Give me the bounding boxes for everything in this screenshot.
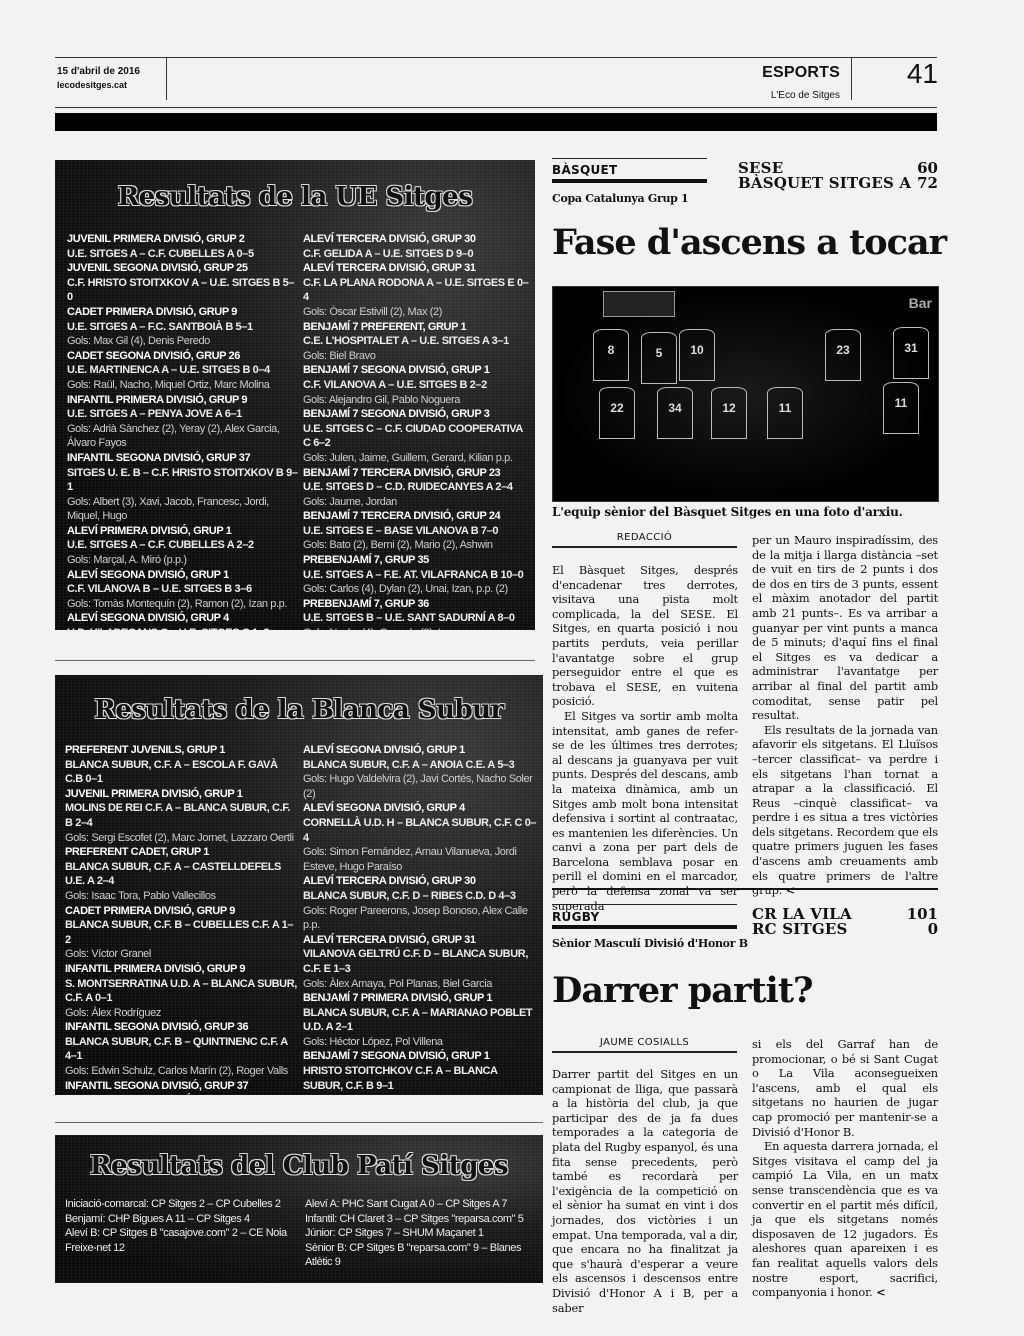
category-heading: ALEVÍ SEGONA DIVISIÓ, GRUP 1 xyxy=(303,743,539,758)
paragraph: si els del Garraf han de promocionar, o … xyxy=(752,1037,938,1139)
issue-date: 15 d'abril de 2016 xyxy=(57,66,140,77)
panel-title: Resultats de la UE Sitges xyxy=(55,182,535,212)
category-heading: INFANTIL SEGONA DIVISIÓ, GRUP 37 xyxy=(65,1079,297,1094)
results-column-right: ALEVÍ TERCERA DIVISIÓ, GRUP 30C.F. GELID… xyxy=(303,232,531,630)
category-heading: ALEVÍ PRIMERA DIVISIÓ, GRUP 1 xyxy=(67,524,299,539)
category-heading: BENJAMÍ 7 TERCERA DIVISIÓ, GRUP 24 xyxy=(303,509,531,524)
category-heading: ALEVÍ SEGONA DIVISIÓ, GRUP 1 xyxy=(67,568,299,583)
category-heading: BENJAMÍ 7 SEGONA DIVISIÓ, GRUP 1 xyxy=(303,1049,539,1064)
paragraph: En aquesta darrera jornada, el Sitges vi… xyxy=(752,1139,938,1300)
match-result: Benjamí: CHP Bigues A 11 – CP Sitges 4 xyxy=(65,1212,297,1227)
match-result: U.E. SITGES A – C.F. CUBELLES A 2–2 xyxy=(67,538,299,553)
club-pati-results-panel: Resultats del Club Patí Sitges Iniciació… xyxy=(55,1135,543,1283)
jersey: 34 xyxy=(657,387,693,439)
kicker-rule xyxy=(552,904,737,905)
match-result: U.E. SITGES A – F.E. AT. VILAFRANCA B 10… xyxy=(303,568,531,583)
goal-scorers: Gols: Edwin Schulz, Carlos Marín (2), Ro… xyxy=(65,1064,297,1079)
goal-scorers: Gols: Marcos Molina xyxy=(303,1093,539,1095)
away-score: 72 xyxy=(890,175,938,191)
away-team: RC SITGES xyxy=(752,921,848,937)
goal-scorers: Gols: Òscar Estivill (2), Max (2) xyxy=(303,305,531,320)
photo-caption: L'equip sènior del Bàsquet Sitges en una… xyxy=(552,505,903,519)
category-heading: BENJAMÍ 7 SEGONA DIVISIÓ, GRUP 3 xyxy=(303,407,531,422)
match-result: U.E. SITGES A – PENYA JOVE A 6–1 xyxy=(67,407,299,422)
jersey: 11 xyxy=(883,382,919,434)
category-heading: ALEVÍ TERCERA DIVISIÓ, GRUP 31 xyxy=(303,261,531,276)
jersey: 11 xyxy=(767,387,803,439)
article-headline: Fase d'ascens a tocar xyxy=(552,222,946,263)
match-result: C.F. HRISTO STOITXKOV A – U.E. SITGES B … xyxy=(67,276,299,305)
team-photo: Bar 8 5 10 23 31 22 34 12 11 11 xyxy=(552,286,939,502)
category-heading: INFANTIL PRIMERA DIVISIÓ, GRUP 9 xyxy=(65,962,297,977)
goal-scorers: Gols: Marçal, A. Miró (p.p.) xyxy=(67,553,299,568)
article-column-1: El Bàsquet Sitges, després d'encadenar t… xyxy=(552,563,738,913)
panel-title: Resultats de la Blanca Subur xyxy=(55,695,543,725)
match-result: Infantil: CH Claret 3 – CP Sitges "repar… xyxy=(305,1212,541,1227)
masthead-divider xyxy=(851,58,852,100)
section-name: ESPORTS xyxy=(760,64,840,82)
section-kicker: RUGBY xyxy=(552,910,600,924)
jersey: 22 xyxy=(599,387,635,439)
match-result: U.E. SITGES E – BASE VILANOVA B 7–0 xyxy=(303,524,531,539)
match-result: MOLINS DE REI C.F. A – BLANCA SUBUR, C.F… xyxy=(65,801,297,830)
jersey: 23 xyxy=(825,329,861,381)
kicker-rule xyxy=(552,158,707,159)
match-result: Aleví A: PHC Sant Cugat A 0 – CP Sitges … xyxy=(305,1197,541,1212)
category-heading: INFANTIL PRIMERA DIVISIÓ, GRUP 9 xyxy=(67,393,299,408)
match-result: S. MONTSERRATINA U.D. A – BLANCA SUBUR, … xyxy=(65,977,297,1006)
match-result: Júnior: CP Sitges 7 – SHUM Maçanet 1 xyxy=(305,1226,541,1241)
match-result: VILANOVA GELTRÚ C.F. D – BLANCA SUBUR, C… xyxy=(303,947,539,976)
goal-scorers: Gols: Jaume, Jordan xyxy=(303,495,531,510)
category-heading: PREFERENT JUVENILS, GRUP 1 xyxy=(65,743,297,758)
category-heading: ALEVÍ TERCERA DIVISIÓ, GRUP 30 xyxy=(303,232,531,247)
kicker-rule xyxy=(552,179,707,183)
match-result: BLANCA SUBUR, C.F. A – ESCOLA F. GAVÀ C.… xyxy=(65,758,297,787)
match-result: SITGES U. E. B – C.F. HRISTO STOITXKOV B… xyxy=(67,466,299,495)
results-column-right: ALEVÍ SEGONA DIVISIÓ, GRUP 1BLANCA SUBUR… xyxy=(303,743,539,1095)
article-column-1: Darrer partit del Sitges en un campionat… xyxy=(552,1067,738,1315)
category-heading: PREBENJAMÍ 7, GRUP 35 xyxy=(303,553,531,568)
jersey: 12 xyxy=(711,387,747,439)
match-result: C.F. GELIDA A – U.E. SITGES D 9–0 xyxy=(303,247,531,262)
byline: JAUME COSIALLS xyxy=(552,1037,737,1048)
goal-scorers: Gols: Tomàs Montequín (2), Ramon (2), Iz… xyxy=(67,597,299,612)
competition-label: Copa Catalunya Grup 1 xyxy=(552,192,688,205)
end-of-article-icon: < xyxy=(786,883,795,897)
match-result: BLANCA SUBUR, C.F. A – MARIANAO POBLET U… xyxy=(303,1006,539,1035)
website-link[interactable]: lecodesitges.cat xyxy=(57,80,127,90)
category-heading: PREBENJAMÍ 7, GRUP 36 xyxy=(303,597,531,612)
goal-scorers: Gols: Víctor Granel xyxy=(65,947,297,962)
category-heading: BENJAMÍ 7 SEGONA DIVISIÓ, GRUP 1 xyxy=(303,363,531,378)
match-result: U.E. SITGES B – U.E. SANT SADURNÍ A 8–0 xyxy=(303,611,531,626)
goal-scorers: Gols: Àlex Rodríguez xyxy=(65,1006,297,1021)
category-heading: BENJAMÍ 7 PREFERENT, GRUP 1 xyxy=(303,320,531,335)
article-column-2: per un Mauro inspiradíssim, des de la mi… xyxy=(752,533,938,898)
paragraph: Els resultats de la jornada van afavorir… xyxy=(752,723,938,898)
category-heading: BENJAMÍ 7 TERCERA DIVISIÓ, GRUP 23 xyxy=(303,466,531,481)
masthead-bottom-rule xyxy=(55,107,937,108)
goal-scorers: Gols: Àlex Amaya, Pol Planas, Biel Garci… xyxy=(303,977,539,992)
match-result: Aleví B: CP Sitges B "casajove.com" 2 – … xyxy=(65,1226,297,1255)
match-result: BLANCA SUBUR, C.F. A – ANOIA C.E. A 5–3 xyxy=(303,758,539,773)
byline-rule xyxy=(552,1051,737,1053)
paragraph: El Bàsquet Sitges, després d'encadenar t… xyxy=(552,563,738,709)
end-of-article-icon: < xyxy=(876,1285,885,1299)
category-heading: JUVENIL PRIMERA DIVISIÓ, GRUP 1 xyxy=(65,787,297,802)
match-result: C.F. LA PLANA RODONA A – U.E. SITGES E 0… xyxy=(303,276,531,305)
goal-scorers: Gols: Sergi Escofet (2), Marc Jornet, La… xyxy=(65,831,297,846)
goal-scorers: Gols: Héctor López, Pol Villena xyxy=(303,1035,539,1050)
masthead-top-rule xyxy=(55,57,937,58)
category-heading: INFANTIL SEGONA DIVISIÓ, GRUP 36 xyxy=(65,1020,297,1035)
jersey: 8 xyxy=(593,329,629,381)
jersey: 10 xyxy=(679,329,715,381)
goal-scorers: Gols: Albert (3), Xavi, Jacob, Francesc,… xyxy=(67,495,299,524)
panel-title: Resultats del Club Patí Sitges xyxy=(55,1151,543,1181)
category-heading: INFANTIL SEGONA DIVISIÓ, GRUP 37 xyxy=(67,451,299,466)
match-result: U.E. SITGES D – C.D. RUIDECANYES A 2–4 xyxy=(303,480,531,495)
masthead-divider xyxy=(166,58,167,100)
match-result: C.F. VILANOVA B – U.E. SITGES B 3–6 xyxy=(67,582,299,597)
match-result: U.D. VILADECANS C – U.E. SITGES C 1–3 xyxy=(67,626,299,630)
results-column-right: Aleví A: PHC Sant Cugat A 0 – CP Sitges … xyxy=(305,1197,541,1270)
category-heading: ALEVÍ SEGONA DIVISIÓ, GRUP 4 xyxy=(67,611,299,626)
photo-sign-bar: Bar xyxy=(909,295,932,311)
article-headline: Darrer partit? xyxy=(552,970,813,1011)
category-heading: CADET PRIMERA DIVISIÓ, GRUP 9 xyxy=(67,305,299,320)
match-result: Iniciació-comarcal: CP Sitges 2 – CP Cub… xyxy=(65,1197,297,1212)
jersey: 31 xyxy=(893,327,929,379)
article-separator xyxy=(552,888,938,890)
section-kicker: BÀSQUET xyxy=(552,163,618,177)
match-result: BLANCA SUBUR, C.F. A – CASTELLDEFELS U.E… xyxy=(65,860,297,889)
category-heading: JUVENIL PRIMERA DIVISIÓ, GRUP 2 xyxy=(67,232,299,247)
paragraph: Darrer partit del Sitges en un campionat… xyxy=(552,1067,738,1315)
results-column-left: Iniciació-comarcal: CP Sitges 2 – CP Cub… xyxy=(65,1197,297,1255)
match-result: HRISTO STOITCHKOV C.F. A – BLANCA SUBUR,… xyxy=(303,1064,539,1093)
goal-scorers: Gols: Isaac Tora, Pablo Vallecillos xyxy=(65,889,297,904)
match-result: MONTAGUT ASSOCIACIÓ CULTURAL A – BLANCA … xyxy=(65,1093,297,1095)
byline: REDACCIÓ xyxy=(552,532,737,543)
kicker-rule xyxy=(552,925,737,929)
match-result: BLANCA SUBUR, C.F. B – QUINTINENC C.F. A… xyxy=(65,1035,297,1064)
category-heading: CADET PRIMERA DIVISIÓ, GRUP 9 xyxy=(65,904,297,919)
category-heading: JUVENIL SEGONA DIVISIÓ, GRUP 25 xyxy=(67,261,299,276)
article-column-2: si els del Garraf han de promocionar, o … xyxy=(752,1037,938,1300)
match-result: U.E. MARTINENCA A – U.E. SITGES B 0–4 xyxy=(67,363,299,378)
goal-scorers: Gols: Adrià Sànchez (2), Yeray (2), Alex… xyxy=(67,422,299,451)
match-result: U.E. SITGES A – C.F. CUBELLES A 0–5 xyxy=(67,247,299,262)
newspaper-name: L'Eco de Sitges xyxy=(740,90,840,101)
match-result: CORNELLÀ U.D. H – BLANCA SUBUR, C.F. C 0… xyxy=(303,816,539,845)
goal-scorers: Gols: Roger Pareerons, Josep Bonoso, Ale… xyxy=(303,904,539,933)
goal-scorers: Gols: Bato (2), Berni (2), Mario (2), As… xyxy=(303,538,531,553)
goal-scorers: Gols: Biel Bravo xyxy=(303,349,531,364)
goal-scorers: Gols: Nacho (4), Gonzalo (3), Izan xyxy=(303,626,531,630)
goal-scorers: Gols: Raül, Nacho, Miquel Ortiz, Marc Mo… xyxy=(67,378,299,393)
match-result: BLANCA SUBUR, C.F. B – CUBELLES C.F. A 1… xyxy=(65,918,297,947)
match-result: C.E. L'HOSPITALET A – U.E. SITGES A 3–1 xyxy=(303,334,531,349)
category-heading: BENJAMÍ 7 PRIMERA DIVISIÓ, GRUP 1 xyxy=(303,991,539,1006)
ue-sitges-results-panel: Resultats de la UE Sitges JUVENIL PRIMER… xyxy=(55,160,535,630)
results-column-left: PREFERENT JUVENILS, GRUP 1BLANCA SUBUR, … xyxy=(65,743,297,1095)
goal-scorers: Gols: Julen, Jaime, Guillem, Gerard, Kil… xyxy=(303,451,531,466)
photo-sign-left xyxy=(603,291,675,317)
competition-label: Sènior Masculí Divisió d'Honor B xyxy=(552,937,748,950)
match-result: C.F. VILANOVA A – U.E. SITGES B 2–2 xyxy=(303,378,531,393)
category-heading: ALEVÍ TERCERA DIVISIÓ, GRUP 31 xyxy=(303,933,539,948)
goal-scorers: Gols: Alejandro Gil, Pablo Noguera xyxy=(303,393,531,408)
goal-scorers: Gols: Hugo Valdelvira (2), Javi Cortés, … xyxy=(303,772,539,801)
goal-scorers: Gols: Max Gil (4), Denis Peredo xyxy=(67,334,299,349)
goal-scorers: Gols: Carlos (4), Dylan (2), Unai, Izan,… xyxy=(303,582,531,597)
match-result: Sènior B: CP Sitges B "reparsa.com" 9 – … xyxy=(305,1241,541,1270)
away-score: 0 xyxy=(880,921,938,937)
match-result: U.E. SITGES C – C.F. CIUDAD COOPERATIVA … xyxy=(303,422,531,451)
category-heading: CADET SEGONA DIVISIÓ, GRUP 26 xyxy=(67,349,299,364)
category-heading: ALEVÍ TERCERA DIVISIÓ, GRUP 30 xyxy=(303,874,539,889)
blanca-subur-results-panel: Resultats de la Blanca Subur PREFERENT J… xyxy=(55,675,543,1095)
section-divider xyxy=(55,660,535,661)
jersey: 5 xyxy=(641,332,677,384)
page-number: 41 xyxy=(880,58,938,90)
goal-scorers: Gols: Simon Fernández, Arnau Vilanueva, … xyxy=(303,845,539,874)
paragraph: El Sitges va sortir amb molta intensitat… xyxy=(552,709,738,913)
match-result: U.E. SITGES A – F.C. SANTBOIÀ B 5–1 xyxy=(67,320,299,335)
section-divider xyxy=(55,1122,543,1123)
match-result: BLANCA SUBUR, C.F. D – RIBES C.D. D 4–3 xyxy=(303,889,539,904)
away-team: BÀSQUET SITGES A xyxy=(738,175,911,191)
byline-rule xyxy=(552,546,737,548)
masthead-black-bar xyxy=(55,113,937,131)
category-heading: ALEVÍ SEGONA DIVISIÓ, GRUP 4 xyxy=(303,801,539,816)
paragraph: per un Mauro inspiradíssim, des de la mi… xyxy=(752,533,938,723)
category-heading: PREFERENT CADET, GRUP 1 xyxy=(65,845,297,860)
results-column-left: JUVENIL PRIMERA DIVISIÓ, GRUP 2U.E. SITG… xyxy=(67,232,299,630)
